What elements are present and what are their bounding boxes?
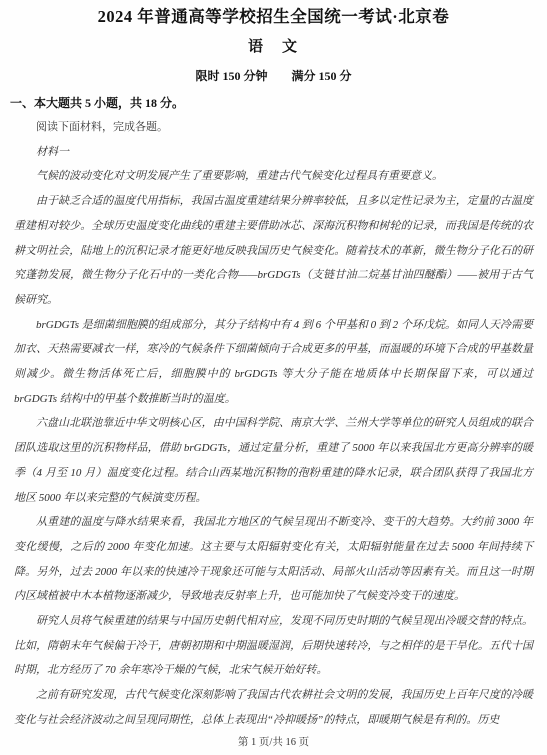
- material-paragraph: 六盘山北联池靠近中华文明核心区，由中国科学院、南京大学、兰州大学等单位的研究人员…: [14, 411, 533, 510]
- exam-paper-page: 2024 年普通高等学校招生全国统一考试·北京卷 语 文 限时 150 分钟 满…: [0, 0, 547, 755]
- reading-instruction: 阅读下面材料，完成各题。: [14, 115, 533, 140]
- exam-time-score-info: 限时 150 分钟 满分 150 分: [0, 69, 547, 84]
- material-paragraph: 气候的波动变化对文明发展产生了重要影响，重建古代气候变化过程具有重要意义。: [14, 164, 533, 189]
- material-paragraphs: 气候的波动变化对文明发展产生了重要影响，重建古代气候变化过程具有重要意义。由于缺…: [14, 164, 533, 732]
- material-paragraph: 从重建的温度与降水结果来看，我国北方地区的气候呈现出不断变冷、变干的大趋势。大约…: [14, 510, 533, 609]
- exam-title: 2024 年普通高等学校招生全国统一考试·北京卷: [0, 0, 547, 27]
- material-one-label: 材料一: [14, 140, 533, 165]
- material-paragraph: 之前有研究发现，古代气候变化深刻影响了我国古代农耕社会文明的发展，我国历史上百年…: [14, 683, 533, 732]
- material-paragraph: 由于缺乏合适的温度代用指标，我国古温度重建结果分辨率较低，且多以定性记录为主，定…: [14, 189, 533, 313]
- page-number-footer: 第 1 页/共 16 页: [0, 734, 547, 749]
- exam-subject: 语 文: [0, 38, 547, 56]
- reading-material: 阅读下面材料，完成各题。 材料一 气候的波动变化对文明发展产生了重要影响，重建古…: [14, 115, 533, 733]
- section-one-header: 一、本大题共 5 小题，共 18 分。: [10, 96, 537, 111]
- material-paragraph: 研究人员将气候重建的结果与中国历史朝代相对应，发现不同历史时期的气候呈现出冷暖交…: [14, 609, 533, 683]
- material-paragraph: brGDGTs 是细菌细胞膜的组成部分，其分子结构中有 4 到 6 个甲基和 0…: [14, 313, 533, 412]
